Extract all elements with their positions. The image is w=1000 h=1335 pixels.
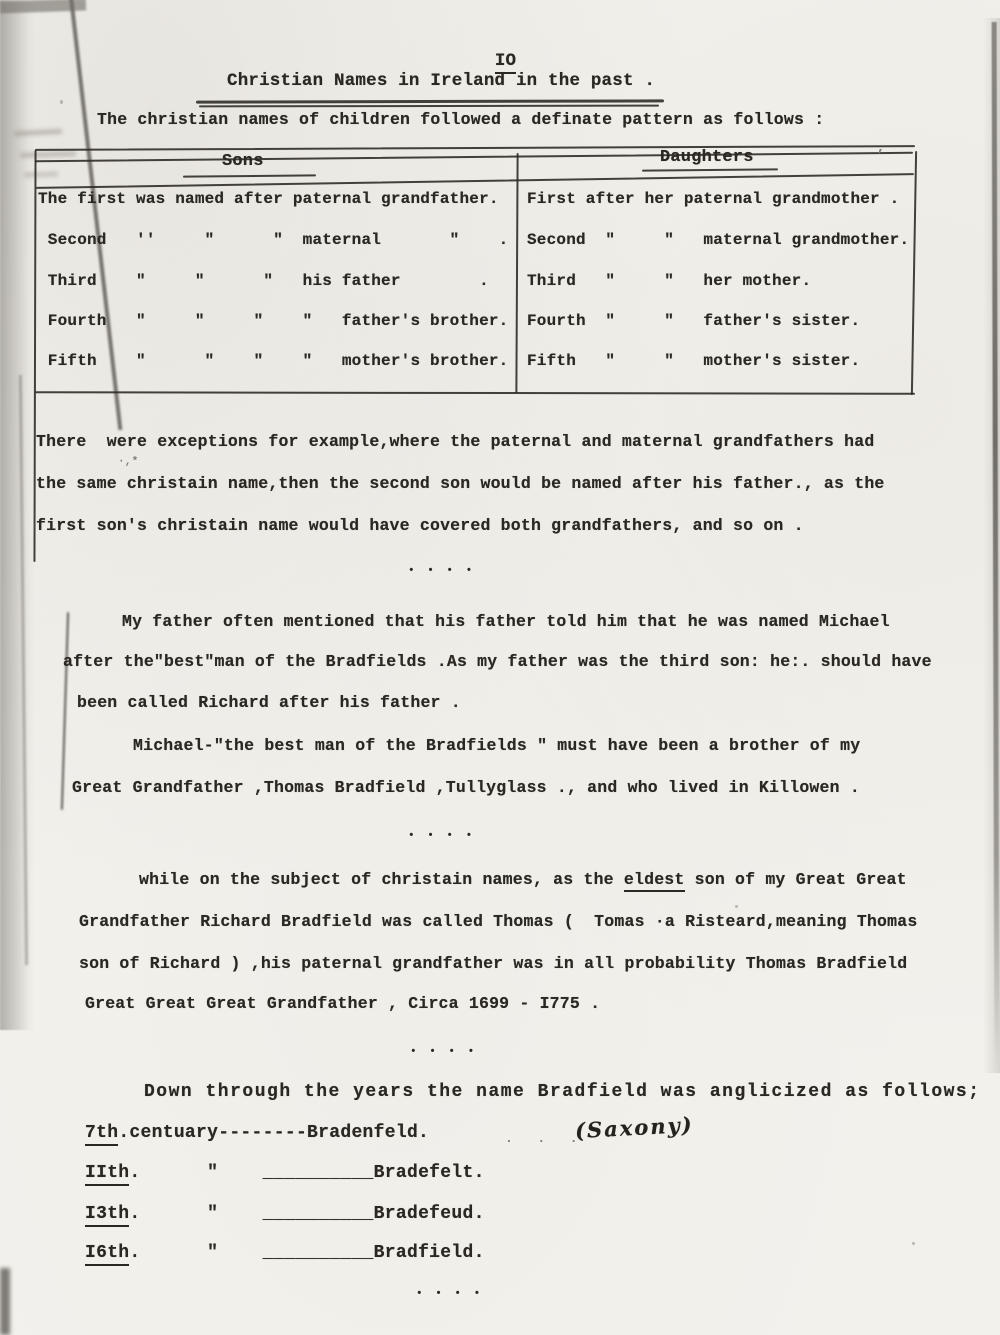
table-row: Second '' " " maternal " .	[38, 231, 508, 250]
bottom-left-blotch	[0, 1268, 10, 1335]
handwritten-note-saxony: (Saxony)	[574, 1112, 694, 1143]
anglicized-row: 7th.centuary--------Bradenfeld.	[85, 1123, 429, 1145]
title-underline-top	[196, 99, 664, 103]
ink-speck	[60, 100, 63, 104]
anglicized-intro-line: Down through the years the name Bradfiel…	[144, 1082, 981, 1104]
anglicized-row: IIth. " __________Bradefelt.	[85, 1163, 485, 1185]
paragraph-line: while on the subject of christain names,…	[139, 870, 907, 890]
paragraph-line: after the"best"man of the Bradfields .As…	[63, 652, 932, 672]
ink-tick-mark: ’	[876, 148, 885, 165]
daughters-header-underline	[642, 168, 778, 171]
century-ordinal: IIth	[85, 1163, 129, 1186]
paragraph-line: the same christain name,then the second …	[36, 474, 885, 494]
century-ordinal: I3th	[85, 1204, 129, 1227]
page-title: Christian Names in Ireland in the past .	[227, 71, 655, 92]
table-row: Second " " maternal grandmother.	[527, 231, 909, 250]
anglicized-name: . " __________Bradefelt.	[129, 1163, 484, 1183]
ink-speck	[912, 1242, 915, 1245]
anglicized-name: . " __________Bradfield.	[129, 1243, 484, 1263]
dots-separator: • • • •	[408, 830, 475, 842]
sons-header-underline	[183, 174, 316, 178]
bleed-through-mark	[14, 129, 62, 137]
anglicized-name: . " __________Bradefeud.	[129, 1204, 484, 1224]
top-left-corner-smear	[0, 0, 86, 13]
scanned-document-page: IO Christian Names in Ireland in the pas…	[0, 0, 1000, 1335]
paragraph-line: son of Richard ) ,his paternal grandfath…	[79, 954, 907, 974]
left-scan-band	[0, 0, 34, 1030]
bleed-through-mark	[24, 171, 58, 177]
dots-separator: • • • •	[408, 565, 475, 577]
century-ordinal: 7th	[85, 1123, 118, 1146]
table-border-right	[911, 151, 918, 395]
paragraph-line: Grandfather Richard Bradfield was called…	[79, 912, 917, 932]
bleed-through-mark	[20, 151, 76, 158]
table-row: Fourth " " father's sister.	[527, 312, 860, 331]
table-row: Fifth " " " " mother's brother.	[38, 352, 508, 371]
paragraph-line: first son's christain name would have co…	[36, 516, 804, 536]
table-row: Fifth " " mother's sister.	[527, 352, 860, 371]
paragraph-line: Michael-"the best man of the Bradfields …	[133, 736, 860, 756]
table-column-divider	[515, 153, 518, 393]
smudge-mark: ·,*	[118, 456, 138, 469]
table-row: Third " " her mother.	[527, 272, 811, 291]
paragraph-line: been called Richard after his father .	[77, 693, 461, 713]
ink-speck	[735, 905, 738, 908]
daughters-column-header: Daughters	[660, 148, 754, 168]
table-border-top	[35, 145, 915, 151]
anglicized-row: I6th. " __________Bradfield.	[85, 1243, 485, 1265]
paragraph-line: There were exceptions for example,where …	[36, 432, 874, 452]
right-scan-halo	[983, 18, 1000, 1073]
paragraph-line: Great Grandfather ,Thomas Bradfield ,Tul…	[72, 778, 860, 798]
dots-separator: • • • •	[416, 1288, 483, 1300]
sons-column-header: Sons	[222, 152, 264, 172]
intro-line: The christian names of children followed…	[97, 110, 824, 130]
table-row: First after her paternal grandmother .	[527, 190, 899, 209]
table-border-bottom	[35, 391, 915, 395]
paragraph-line: Great Great Great Grandfather , Circa 16…	[85, 994, 600, 1014]
table-row: Fourth " " " " father's brother.	[38, 312, 508, 331]
table-header-divider	[36, 173, 914, 189]
left-page-edge-line-lower	[19, 375, 28, 965]
table-row: The first was named after paternal grand…	[38, 190, 499, 209]
faint-dots: . . .	[505, 1131, 581, 1147]
table-border-left	[33, 150, 36, 562]
paragraph-line: My father often mentioned that his fathe…	[122, 612, 890, 632]
dots-separator: • • • •	[410, 1046, 477, 1058]
underlined-word-eldest: eldest	[624, 870, 685, 892]
table-row: Third " " " his father .	[38, 272, 489, 291]
title-underline-bottom	[199, 105, 659, 107]
anglicized-name: .centuary--------Bradenfeld.	[118, 1123, 429, 1143]
text-fragment: son of my Great Great	[685, 870, 907, 889]
century-ordinal: I6th	[85, 1243, 129, 1266]
table-border-top-second	[35, 152, 913, 162]
right-page-edge-line	[992, 22, 999, 1062]
margin-pencil-line	[61, 612, 69, 810]
text-fragment: while on the subject of christain names,…	[139, 870, 624, 889]
anglicized-row: I3th. " __________Bradefeud.	[85, 1204, 485, 1226]
